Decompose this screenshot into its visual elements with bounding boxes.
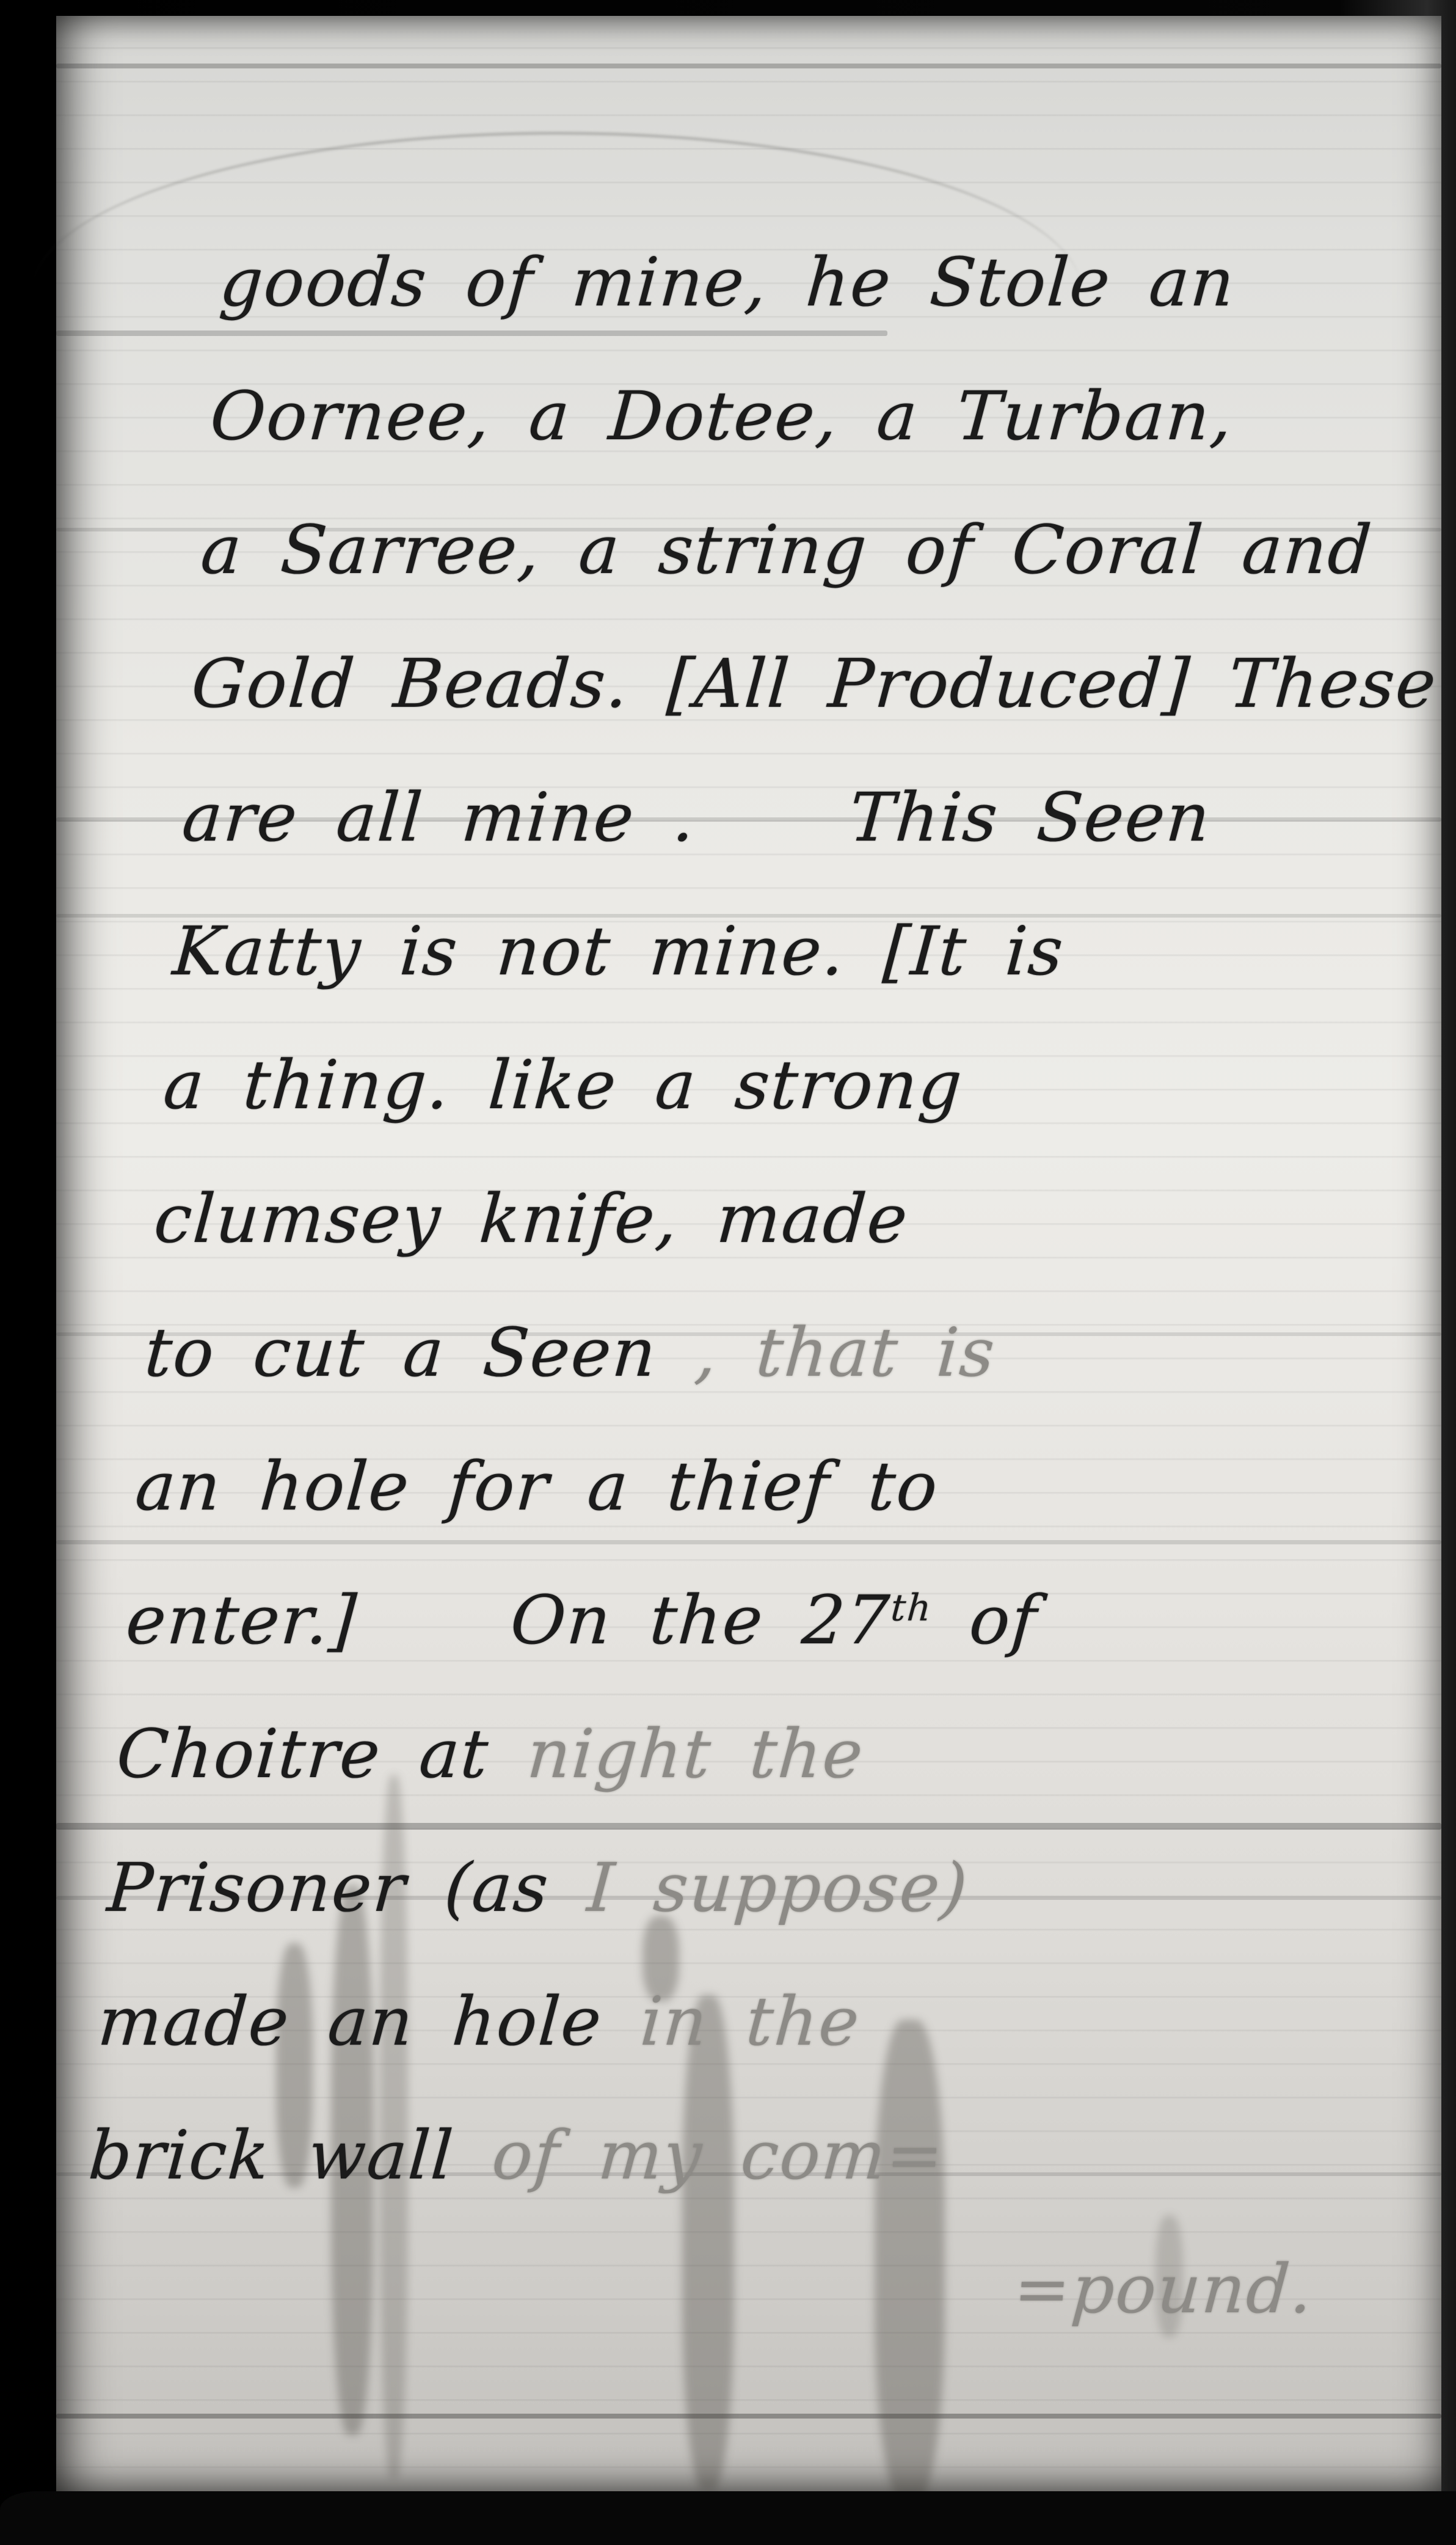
handwritten-text-segment: clumsey knife, made	[151, 1180, 911, 1258]
handwritten-text-segment: are all mine . This Seen	[180, 778, 1214, 856]
handwritten-text-segment: I suppose)	[585, 1849, 971, 1927]
scan-band	[56, 2414, 1441, 2419]
handwritten-line: are all mine . This Seen	[176, 778, 1443, 912]
handwritten-text-segment: of my com=	[490, 2116, 947, 2194]
handwritten-text-segment: =pound.	[1011, 2250, 1316, 2328]
handwritten-text-segment: enter.] On the 27	[123, 1581, 893, 1659]
handwritten-text-segment: an hole for a thief to	[133, 1447, 941, 1525]
handwritten-text-segment: of	[928, 1581, 1040, 1659]
handwritten-text-segment: brick wall	[86, 2116, 495, 2194]
handwritten-text-segment: Katty is not mine. [It is	[170, 912, 1067, 990]
handwritten-text-segment: , that is	[693, 1313, 998, 1392]
handwritten-line: Oornee, a Dotee, a Turban,	[204, 377, 1456, 511]
scan-band	[56, 64, 1441, 68]
handwritten-line: made an hole in the	[92, 1982, 1359, 2116]
handwritten-line: to cut a Seen , that is	[139, 1313, 1406, 1447]
handwritten-line: clumsey knife, made	[148, 1180, 1415, 1313]
handwritten-text-segment: night the	[525, 1715, 867, 1793]
handwritten-line: brick wall of my com=	[82, 2116, 1350, 2250]
handwritten-line: Choitre at night the	[111, 1715, 1378, 1849]
handwritten-text-segment: Gold Beads. [All Produced] These	[189, 644, 1440, 723]
handwritten-line: Katty is not mine. [It is	[167, 912, 1434, 1046]
scan-frame: goods of mine, he Stole anOornee, a Dote…	[0, 0, 1456, 2545]
handwritten-text-segment: made an hole	[95, 1982, 643, 2061]
handwritten-line: Gold Beads. [All Produced] These	[185, 644, 1452, 778]
handwritten-text-segment: a Sarree, a string of Coral and	[198, 511, 1375, 589]
handwritten-text-segment: Prisoner (as	[105, 1849, 591, 1927]
scan-bottom-border	[0, 2491, 1456, 2545]
handwritten-line: enter.] On the 27th of	[120, 1581, 1387, 1715]
handwritten-line: goods of mine, he Stole an	[213, 243, 1456, 377]
handwritten-line: an hole for a thief to	[129, 1447, 1396, 1581]
handwriting-lines: goods of mine, he Stole anOornee, a Dote…	[73, 243, 1456, 2384]
handwritten-text-segment: th	[889, 1587, 933, 1629]
handwritten-text-segment: in the	[638, 1982, 863, 2061]
handwritten-line: a thing. like a strong	[157, 1046, 1424, 1180]
handwritten-text-segment: to cut a Seen	[142, 1313, 698, 1392]
handwritten-line: Prisoner (as I suppose)	[101, 1849, 1368, 1982]
handwritten-text-segment: Oornee, a Dotee, a Turban,	[208, 377, 1236, 455]
handwritten-line: a Sarree, a string of Coral and	[195, 511, 1456, 644]
handwritten-line: =pound.	[73, 2250, 1340, 2384]
handwritten-text-segment: a thing. like a strong	[161, 1046, 966, 1124]
manuscript-page: goods of mine, he Stole anOornee, a Dote…	[56, 16, 1441, 2491]
handwritten-text-segment: goods of mine, he Stole an	[217, 243, 1238, 321]
handwritten-text-segment: Choitre at	[114, 1715, 530, 1793]
